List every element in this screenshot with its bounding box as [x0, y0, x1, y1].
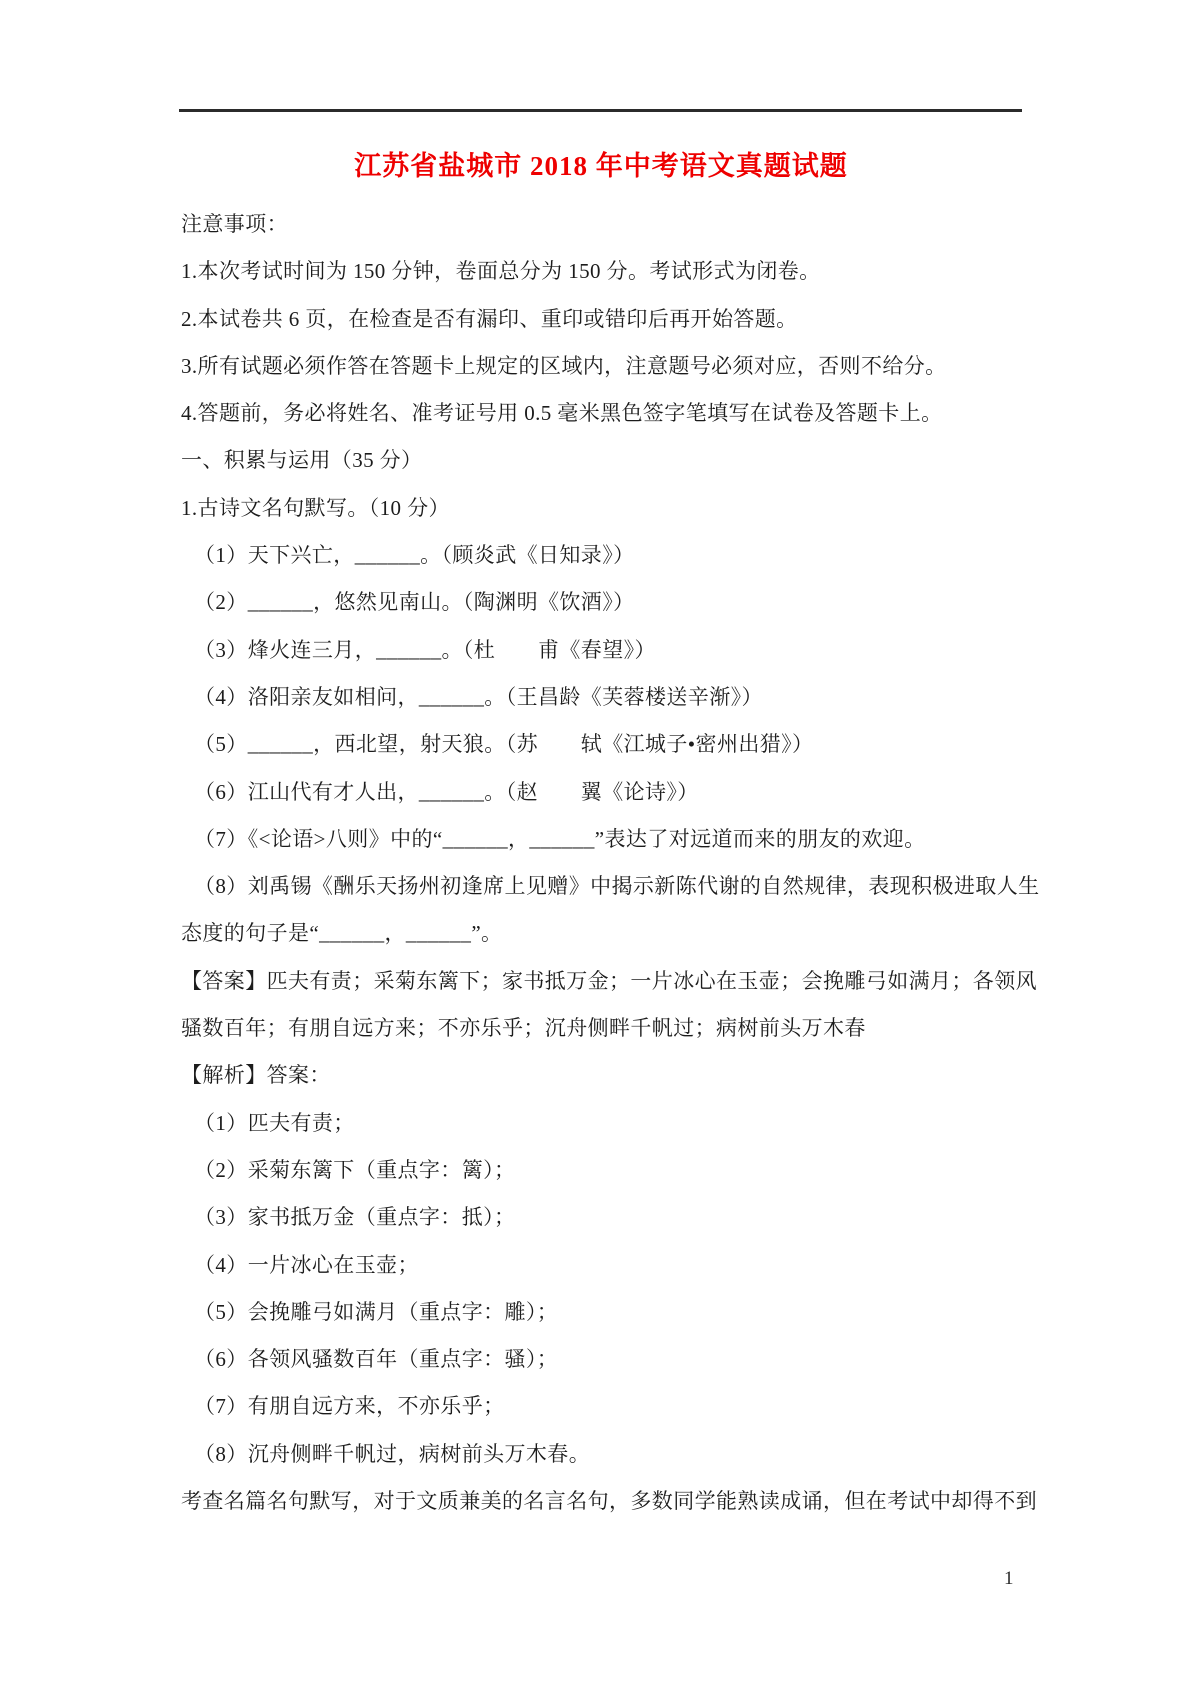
text-line: （1）匹夫有责；: [181, 1100, 1023, 1147]
text-line: （6）各领风骚数百年（重点字：骚）；: [181, 1336, 1023, 1383]
text-line: 【解析】答案：: [181, 1052, 1023, 1099]
text-line: 注意事项：: [181, 201, 1023, 248]
text-line: （1）天下兴亡，______。（顾炎武《日知录》）: [181, 532, 1023, 579]
text-line: （8）沉舟侧畔千帆过，病树前头万木春。: [181, 1431, 1023, 1478]
text-line: （3）烽火连三月，______。（杜 甫《春望》）: [181, 627, 1023, 674]
text-line: （7）有朋自远方来，不亦乐乎；: [181, 1383, 1023, 1430]
text-line: 2.本试卷共 6 页，在检查是否有漏印、重印或错印后再开始答题。: [181, 296, 1023, 343]
text-line: （6）江山代有才人出，______。（赵 翼《论诗》）: [181, 769, 1023, 816]
text-line: （4）一片冰心在玉壶；: [181, 1242, 1023, 1289]
text-line: （4）洛阳亲友如相问，______。（王昌龄《芙蓉楼送辛渐》）: [181, 674, 1023, 721]
text-line: 4.答题前，务必将姓名、准考证号用 0.5 毫米黑色签字笔填写在试卷及答题卡上。: [181, 390, 1023, 437]
document-body: 注意事项：1.本次考试时间为 150 分钟，卷面总分为 150 分。考试形式为闭…: [181, 201, 1023, 1525]
text-line: （8）刘禹锡《酬乐天扬州初逢席上见赠》中揭示新陈代谢的自然规律，表现积极进取人生: [181, 863, 1023, 910]
text-line: 一、积累与运用（35 分）: [181, 437, 1023, 484]
page-number: 1: [1004, 1566, 1014, 1592]
text-line: （3）家书抵万金（重点字：抵）；: [181, 1194, 1023, 1241]
document-page: 江苏省盐城市 2018 年中考语文真题试题 注意事项：1.本次考试时间为 150…: [0, 0, 1200, 1698]
text-line: （2）______，悠然见南山。（陶渊明《饮酒》）: [181, 579, 1023, 626]
text-line: 1.本次考试时间为 150 分钟，卷面总分为 150 分。考试形式为闭卷。: [181, 248, 1023, 295]
text-line: 1.古诗文名句默写。（10 分）: [181, 485, 1023, 532]
text-line: 态度的句子是“______，______”。: [181, 910, 1023, 957]
text-line: 考查名篇名句默写，对于文质兼美的名言名句，多数同学能熟读成诵，但在考试中却得不到: [181, 1478, 1023, 1525]
text-line: 3.所有试题必须作答在答题卡上规定的区域内，注意题号必须对应，否则不给分。: [181, 343, 1023, 390]
text-line: （2）采菊东篱下（重点字：篱）；: [181, 1147, 1023, 1194]
text-line: （7）《<论语>八则》中的“______，______”表达了对远道而来的朋友的…: [181, 816, 1023, 863]
page-title: 江苏省盐城市 2018 年中考语文真题试题: [180, 148, 1022, 184]
text-line: （5）会挽雕弓如满月（重点字：雕）；: [181, 1289, 1023, 1336]
header-rule: [179, 109, 1022, 112]
text-line: 骚数百年；有朋自远方来；不亦乐乎；沉舟侧畔千帆过；病树前头万木春: [181, 1005, 1023, 1052]
text-line: （5）______，西北望，射天狼。（苏 轼《江城子•密州出猎》）: [181, 721, 1023, 768]
text-line: 【答案】匹夫有责；采菊东篱下；家书抵万金；一片冰心在玉壶；会挽雕弓如满月；各领风: [181, 958, 1023, 1005]
